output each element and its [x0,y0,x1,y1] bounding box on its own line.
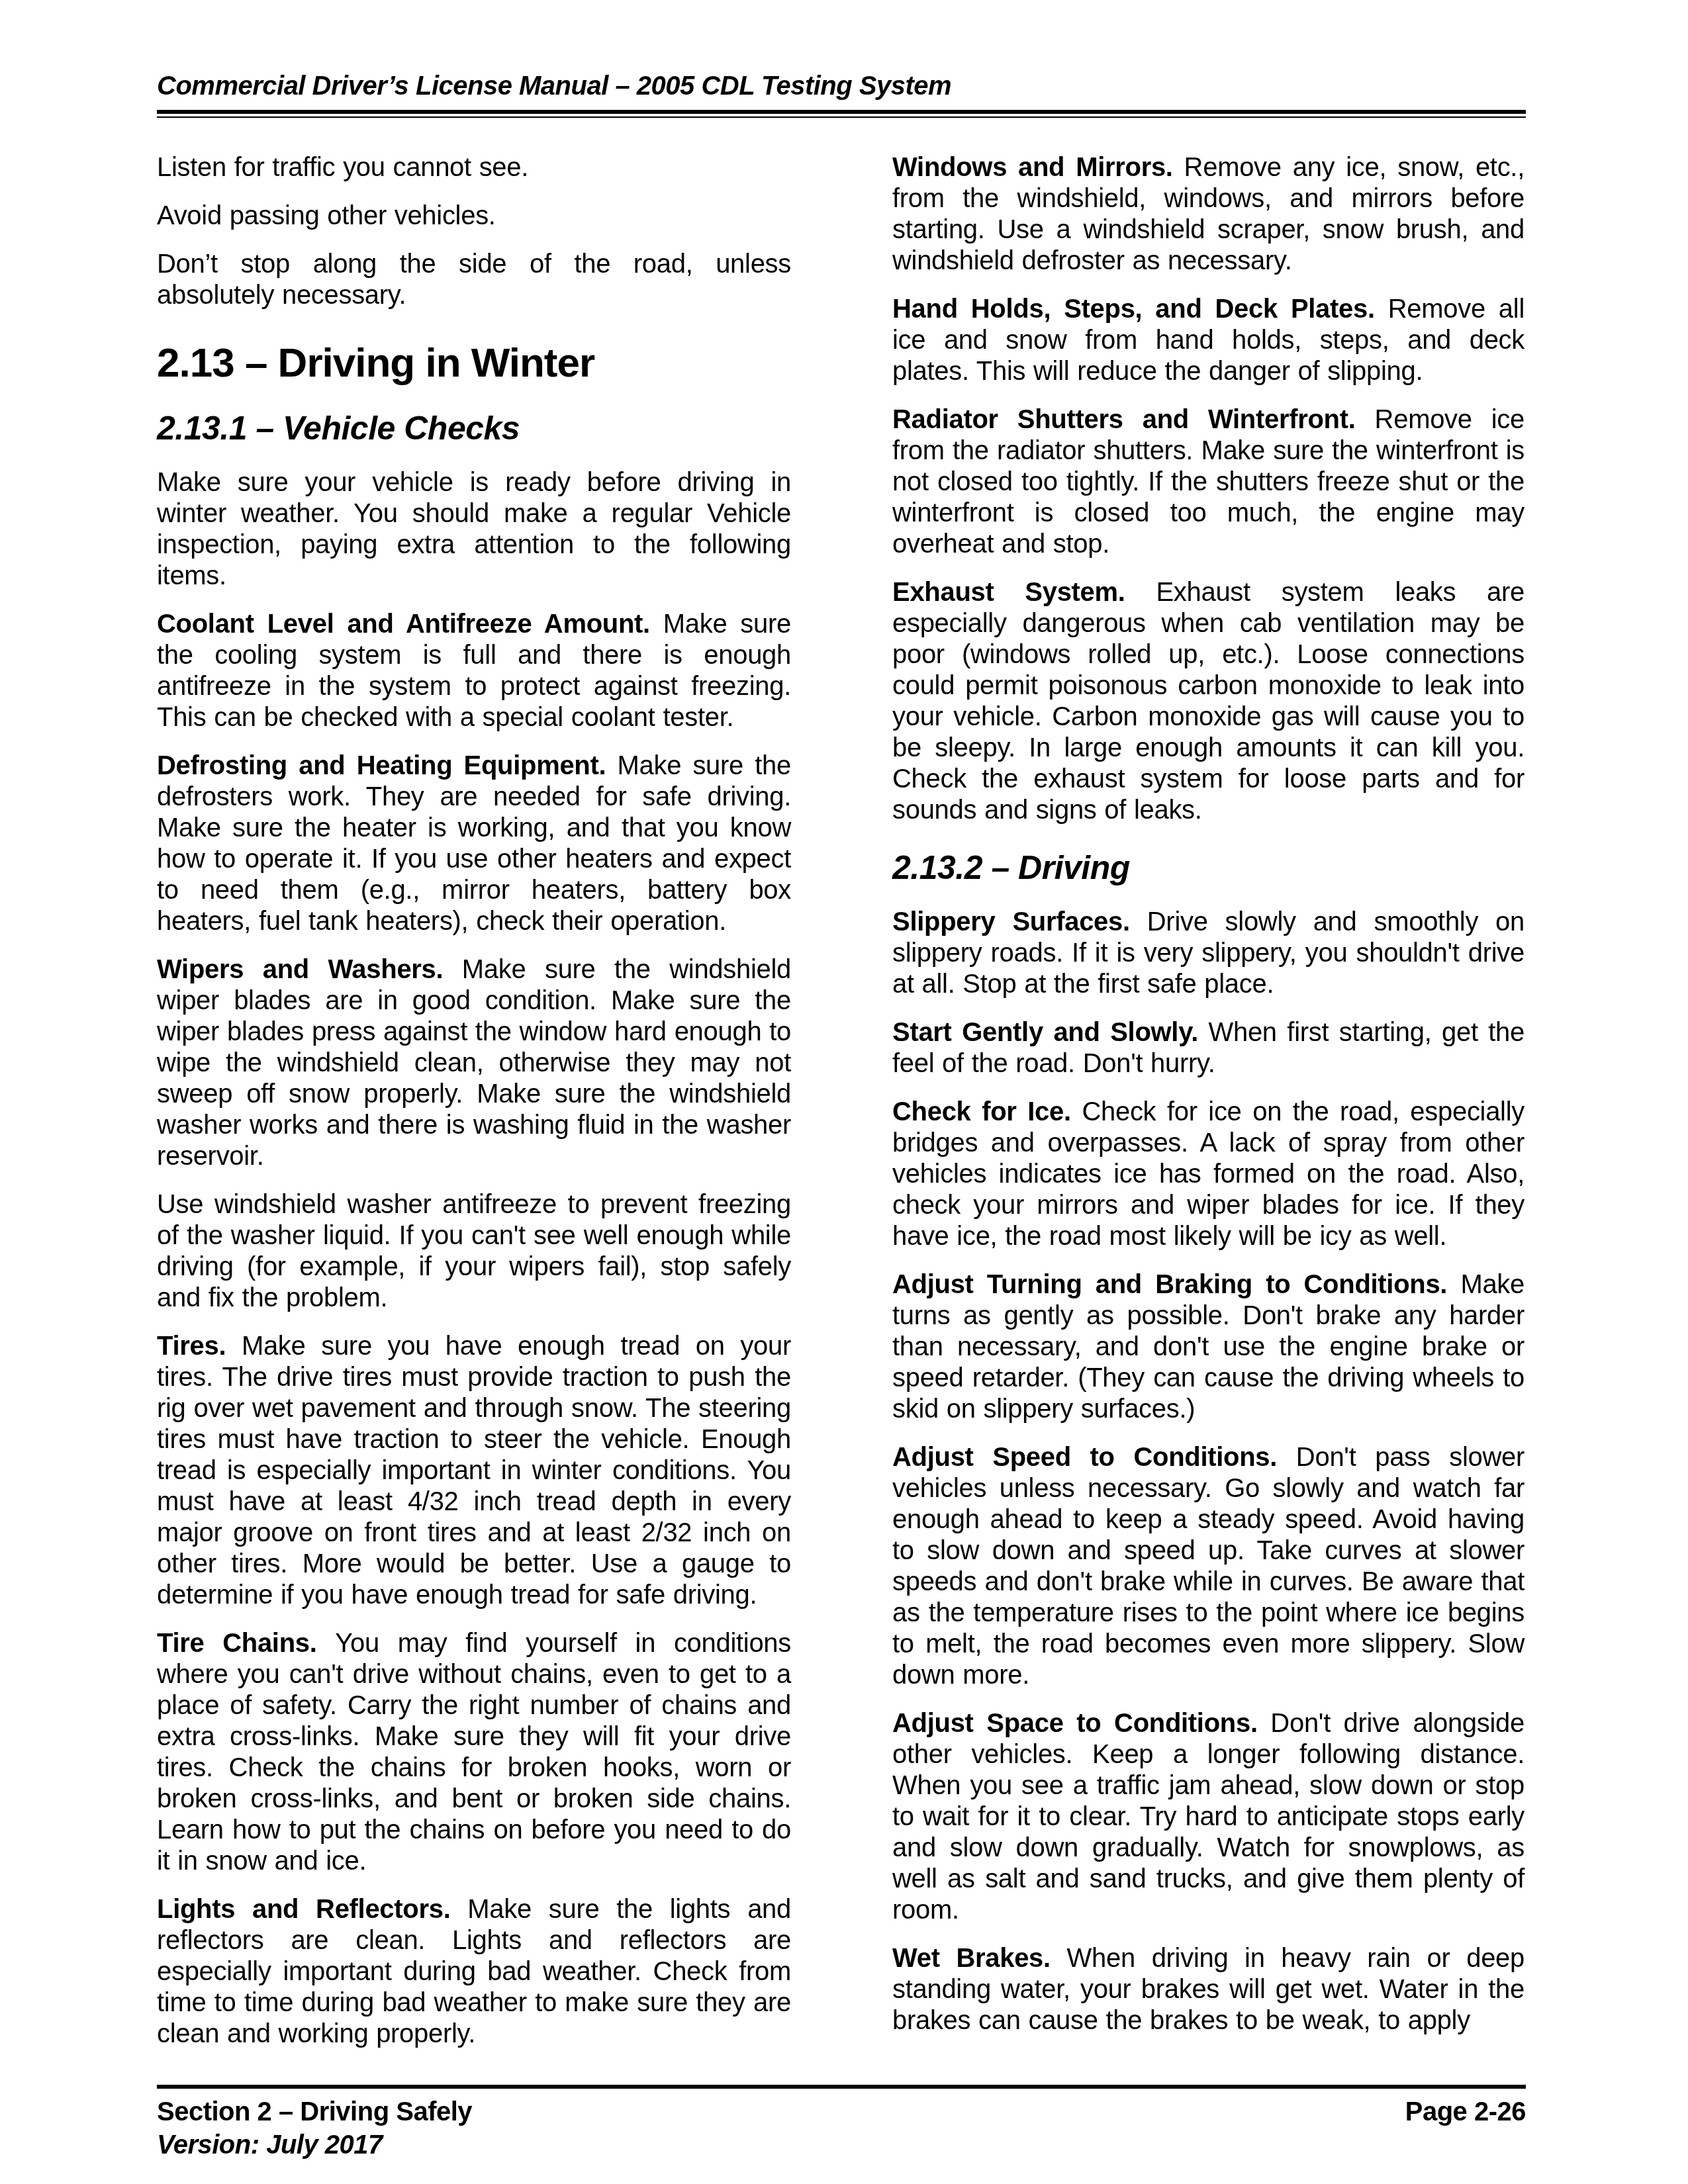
paragraph-lead: Tire Chains. [157,1629,335,1658]
paragraph: Exhaust System. Exhaust system leaks are… [892,577,1524,826]
paragraph: Lights and Reflectors. Make sure the lig… [157,1894,791,2050]
page-header: Commercial Driver’s License Manual – 200… [157,70,1526,110]
left-column: Listen for traffic you cannot see.Avoid … [157,152,791,2067]
paragraph: Wet Brakes. When driving in heavy rain o… [892,1943,1524,2036]
right-column: Windows and Mirrors. Remove any ice, sno… [892,152,1524,2067]
paragraph-lead: Slippery Surfaces. [892,907,1147,936]
paragraph-lead: Coolant Level and Antifreeze Amount. [157,610,663,639]
header-rule [157,110,1526,114]
section-heading: 2.13 – Driving in Winter [157,340,791,387]
two-column-body: Listen for traffic you cannot see.Avoid … [157,152,1526,2067]
paragraph-lead: Defrosting and Heating Equipment. [157,751,618,780]
paragraph-lead: Windows and Mirrors. [892,153,1184,182]
manual-page: Commercial Driver’s License Manual – 200… [157,0,1526,2184]
paragraph-lead: Wipers and Washers. [157,955,462,984]
paragraph-lead: Exhaust System. [892,578,1156,607]
paragraph: Start Gently and Slowly. When first star… [892,1017,1524,1079]
paragraph: Defrosting and Heating Equipment. Make s… [157,751,791,937]
paragraph: Make sure your vehicle is ready before d… [157,467,791,592]
paragraph: Don’t stop along the side of the road, u… [157,249,791,311]
paragraph: Tire Chains. You may find yourself in co… [157,1628,791,1877]
footer-page-number: Page 2-26 [1405,2095,1526,2128]
paragraph: Avoid passing other vehicles. [157,201,791,232]
paragraph-lead: Adjust Turning and Braking to Conditions… [892,1270,1460,1299]
paragraph-lead: Check for Ice. [892,1097,1082,1126]
paragraph-lead: Tires. [157,1332,242,1361]
paragraph: Listen for traffic you cannot see. [157,152,791,183]
paragraph: Hand Holds, Steps, and Deck Plates. Remo… [892,294,1524,387]
paragraph-lead: Hand Holds, Steps, and Deck Plates. [892,295,1388,324]
paragraph: Wipers and Washers. Make sure the windsh… [157,954,791,1172]
paragraph: Radiator Shutters and Winterfront. Remov… [892,404,1524,560]
page-footer: Section 2 – Driving Safely Page 2-26 Ver… [157,2085,1526,2161]
paragraph-lead: Wet Brakes. [892,1944,1067,1973]
paragraph: Coolant Level and Antifreeze Amount. Mak… [157,609,791,733]
paragraph: Check for Ice. Check for ice on the road… [892,1097,1524,1252]
footer-version: Version: July 2017 [157,2128,1526,2161]
paragraph-lead: Lights and Reflectors. [157,1895,467,1924]
subsection-heading: 2.13.1 – Vehicle Checks [157,409,791,447]
header-rule-thin [157,116,1526,118]
footer-rule [157,2085,1526,2089]
header-title: Commercial Driver’s License Manual – 200… [157,70,1526,102]
paragraph: Windows and Mirrors. Remove any ice, sno… [892,152,1524,277]
paragraph: Slippery Surfaces. Drive slowly and smoo… [892,907,1524,1000]
paragraph: Adjust Speed to Conditions. Don't pass s… [892,1442,1524,1691]
paragraph: Adjust Turning and Braking to Conditions… [892,1269,1524,1425]
subsection-heading: 2.13.2 – Driving [892,848,1524,887]
paragraph: Use windshield washer antifreeze to prev… [157,1189,791,1314]
paragraph: Tires. Make sure you have enough tread o… [157,1331,791,1611]
footer-section: Section 2 – Driving Safely [157,2095,472,2128]
paragraph-lead: Radiator Shutters and Winterfront. [892,405,1375,434]
paragraph-lead: Adjust Space to Conditions. [892,1709,1270,1738]
paragraph: Adjust Space to Conditions. Don't drive … [892,1708,1524,1926]
paragraph-lead: Adjust Speed to Conditions. [892,1443,1296,1472]
paragraph-lead: Start Gently and Slowly. [892,1018,1209,1047]
